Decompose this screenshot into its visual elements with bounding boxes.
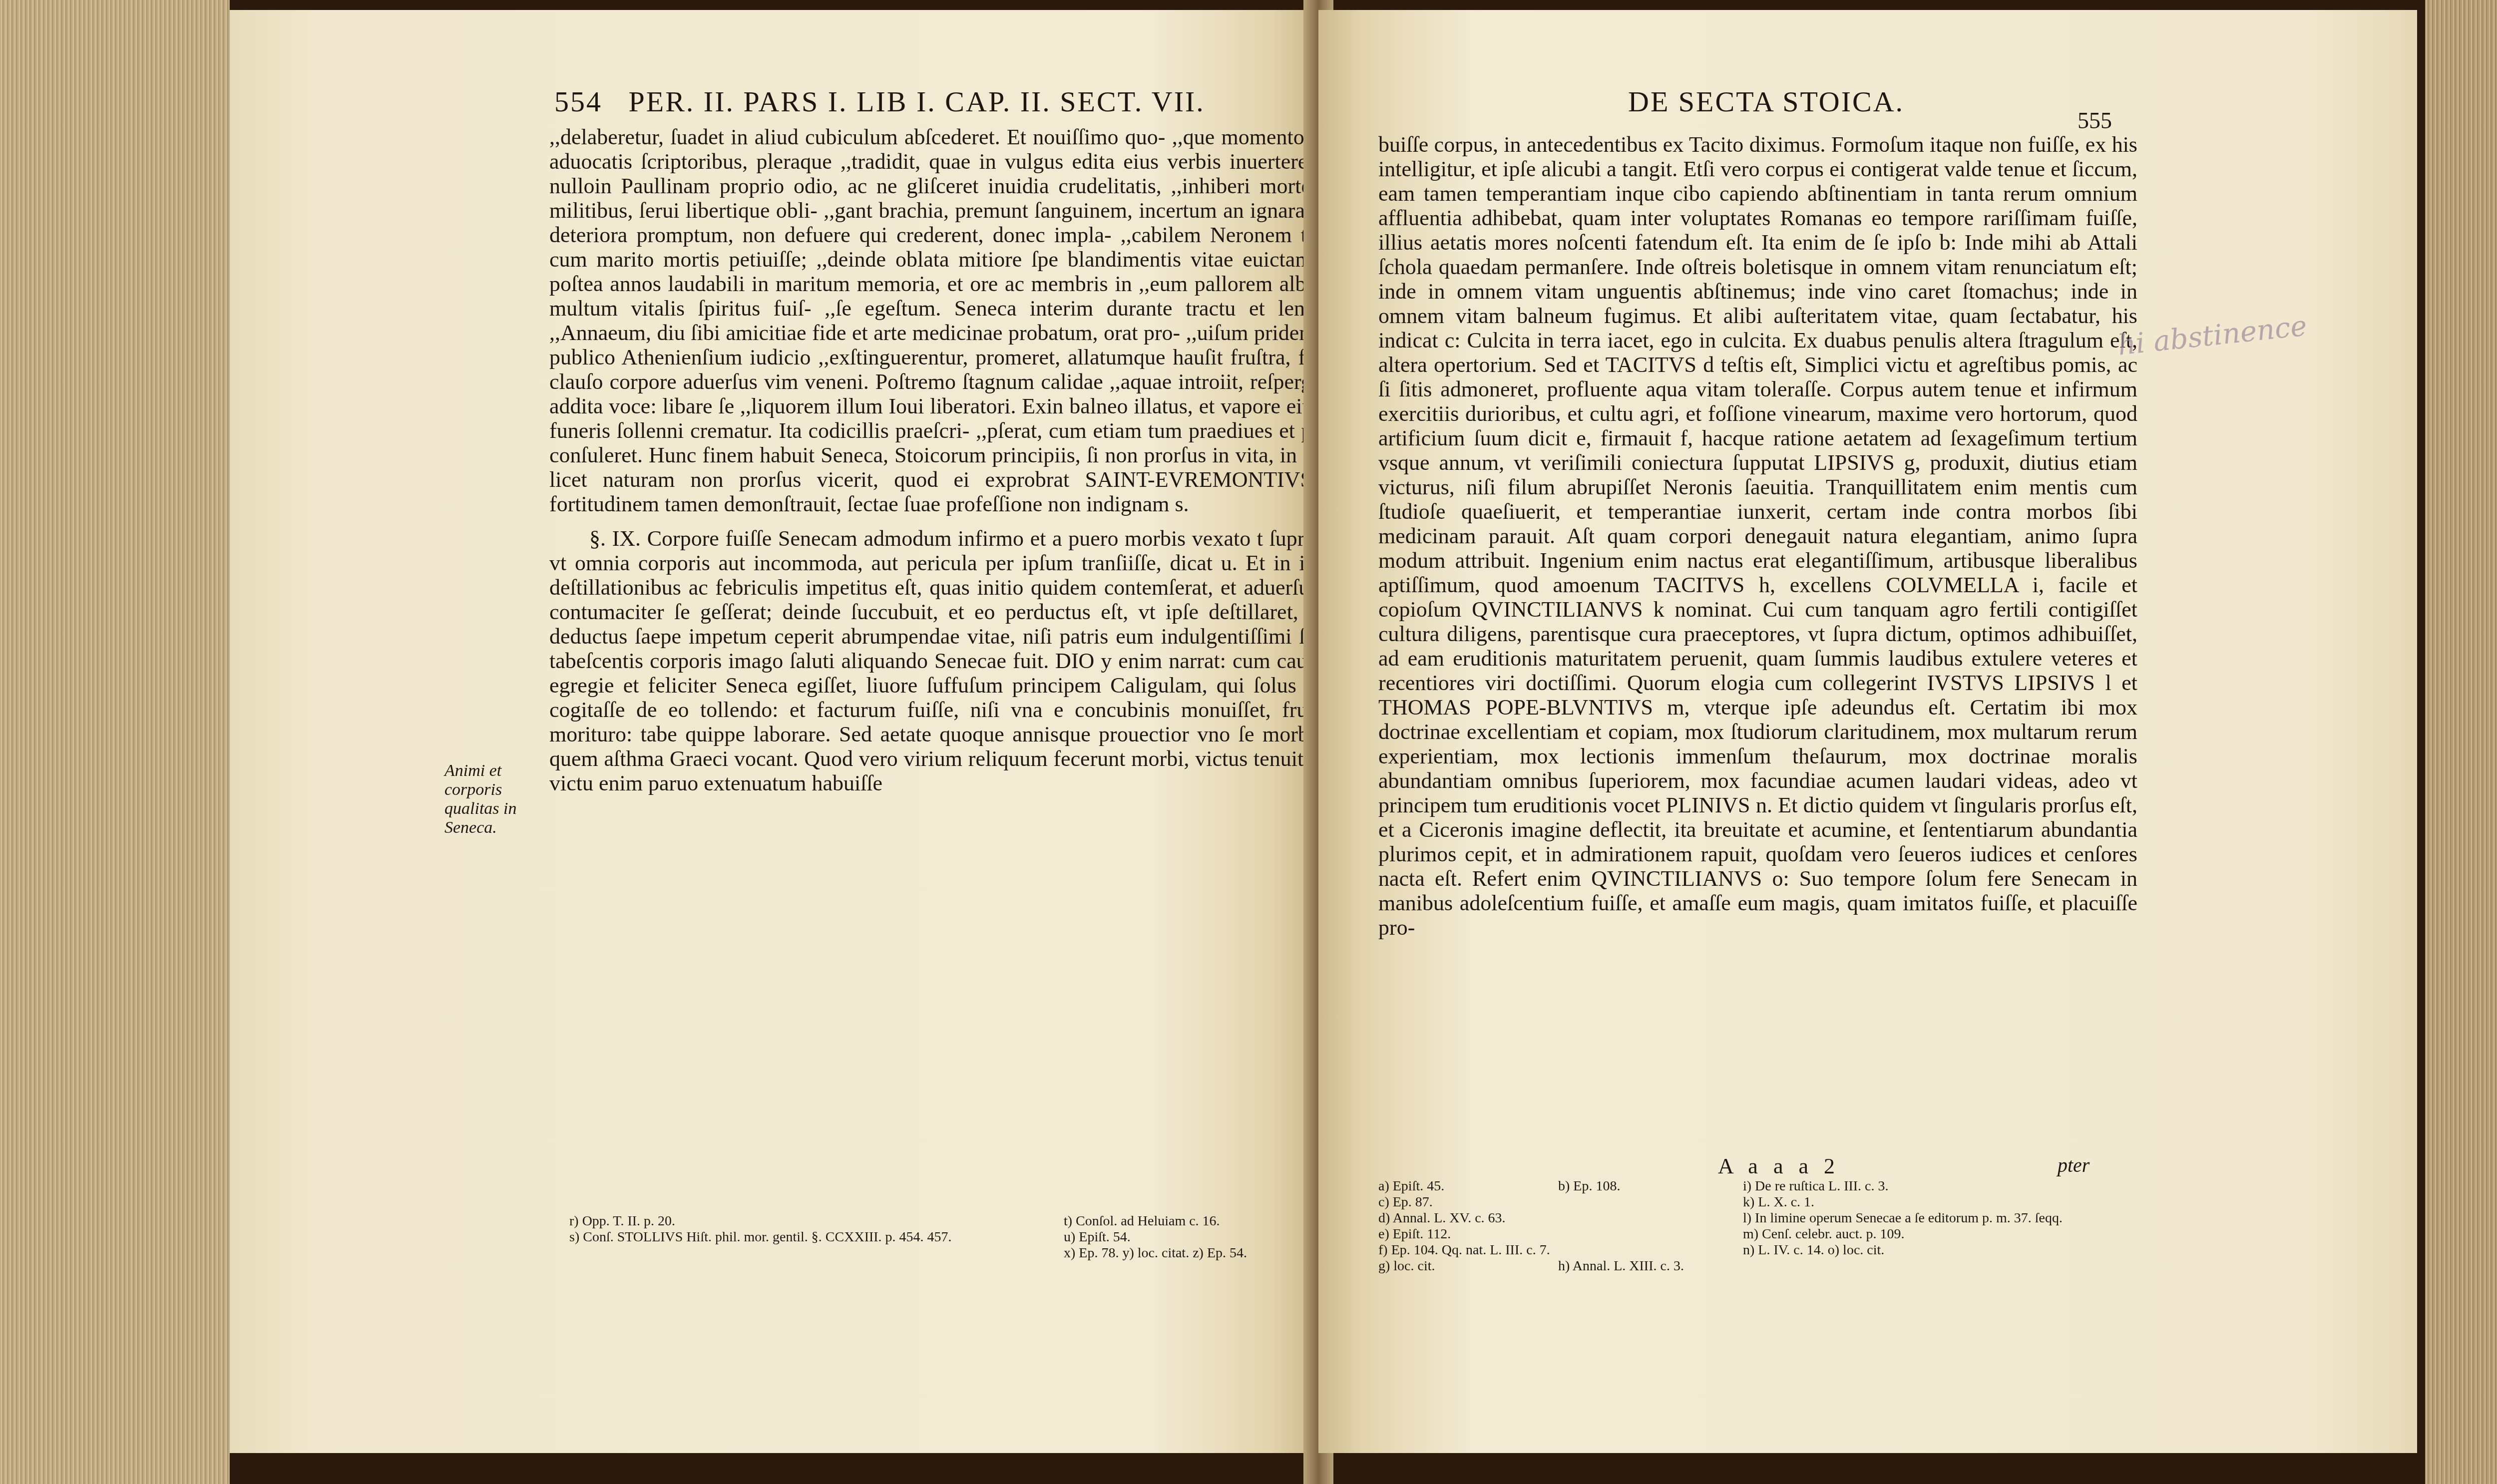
footnote: l) In limine operum Senecae a ſe editoru… (1743, 1210, 2063, 1226)
footnote: f) Ep. 104. Qq. nat. L. III. c. 7. (1378, 1242, 1538, 1258)
footnote: i) De re ruſtica L. III. c. 3. (1743, 1178, 2063, 1194)
right-body-text: buiſſe corpus, in antecedentibus ex Taci… (1378, 132, 2137, 940)
footnote: b) Ep. 108. (1558, 1178, 1723, 1194)
footnote: u) Epiſt. 54. (1064, 1229, 1247, 1245)
footnote: k) L. X. c. 1. (1743, 1194, 2063, 1210)
left-page: 554 PER. II. PARS I. LIB I. CAP. II. SEC… (230, 10, 1313, 1453)
left-page-number: 554 (554, 85, 602, 118)
right-running-head: DE SECTA STOICA. (1628, 85, 1904, 118)
footnote: r) Opp. T. II. p. 20. (569, 1213, 1044, 1229)
right-page: DE SECTA STOICA. 555 buiſſe corpus, in a… (1318, 10, 2417, 1453)
left-running-head-text: PER. II. PARS I. LIB I. CAP. II. SECT. V… (629, 85, 1205, 118)
footnote: h) Annal. L. XIII. c. 3. (1558, 1258, 1723, 1274)
right-footnotes: a) Epiſt. 45. c) Ep. 87. d) Annal. L. XV… (1378, 1178, 2127, 1274)
margin-note: Animi et corporis qualitas in Seneca. (444, 761, 544, 837)
footnote: g) loc. cit. (1378, 1258, 1538, 1274)
footnote: c) Ep. 87. (1378, 1194, 1538, 1210)
right-paragraph: buiſſe corpus, in antecedentibus ex Taci… (1378, 132, 2137, 940)
footnote: m) Cenſ. celebr. auct. p. 109. (1743, 1226, 2063, 1242)
left-running-head: 554 PER. II. PARS I. LIB I. CAP. II. SEC… (554, 85, 1205, 118)
handwritten-annotation: hi abstinence (2116, 310, 2309, 362)
footnote: n) L. IV. c. 14. o) loc. cit. (1743, 1242, 2063, 1258)
book-edge-left (0, 0, 230, 1484)
footnote: s) Conſ. STOLLIVS Hiſt. phil. mor. genti… (569, 1229, 1044, 1245)
footnote: d) Annal. L. XV. c. 63. (1378, 1210, 1538, 1226)
book-edge-right (2425, 0, 2497, 1484)
footnote: a) Epiſt. 45. (1378, 1178, 1538, 1194)
footnote: t) Conſol. ad Heluiam c. 16. (1064, 1213, 1247, 1229)
signature-mark: A a a a 2 (1718, 1153, 1840, 1179)
right-page-number: 555 (2078, 107, 2112, 134)
right-catchword: pter (2058, 1153, 2089, 1177)
footnote: e) Epiſt. 112. (1378, 1226, 1538, 1242)
footnote: x) Ep. 78. y) loc. citat. z) Ep. 54. (1064, 1245, 1247, 1261)
